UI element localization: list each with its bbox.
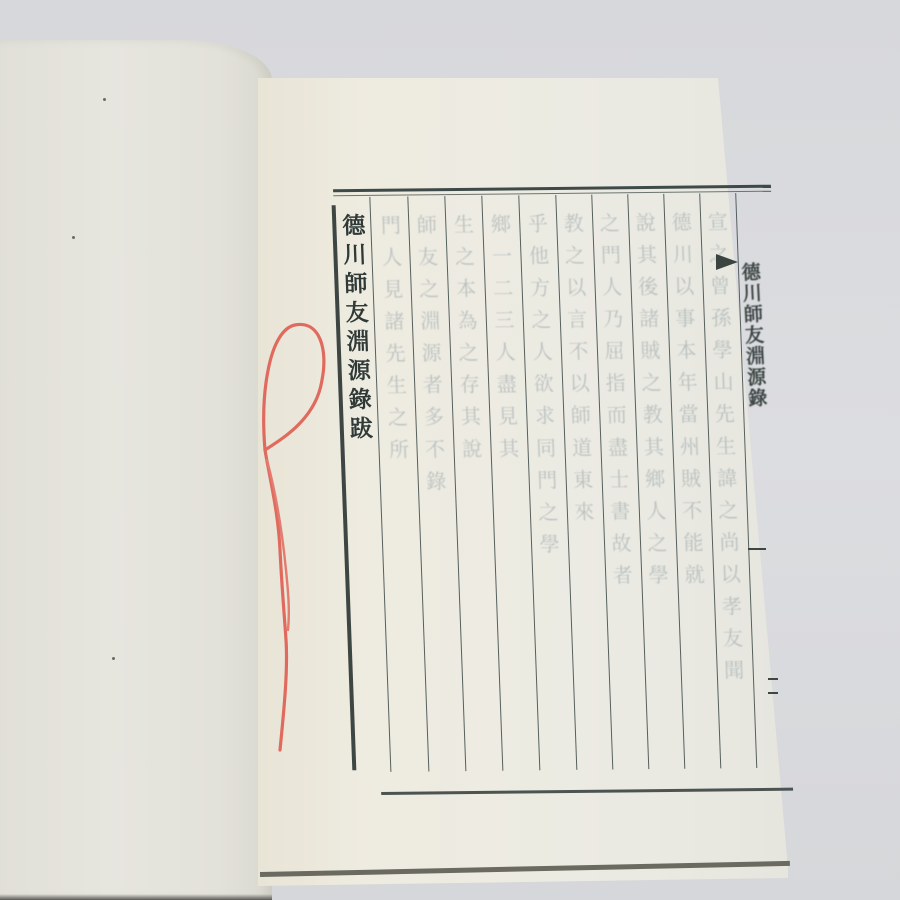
paper-speck	[112, 657, 115, 660]
fore-edge-mark	[768, 692, 778, 694]
text-column: 門人見諸先生之所	[380, 215, 413, 471]
paper-speck	[103, 98, 106, 101]
fore-edge-mark	[748, 548, 766, 550]
printed-text-frame: 德川師友淵源錄跋 門人見諸先生之所 師友之淵源者多不錄 生之本為之存其說 鄉一二…	[329, 181, 793, 796]
paper-speck	[72, 236, 75, 239]
text-column: 師友之淵源者多不錄	[416, 214, 451, 502]
red-binding-string	[250, 310, 350, 760]
fish-tail-mark-icon	[716, 254, 738, 270]
left-page-bottom-edge	[0, 894, 272, 900]
text-column: 生之本為之存其說	[453, 214, 486, 470]
text-column: 鄉一二三人盡見其	[490, 213, 523, 469]
left-page-stack	[0, 40, 272, 900]
fore-edge-mark	[768, 678, 778, 680]
